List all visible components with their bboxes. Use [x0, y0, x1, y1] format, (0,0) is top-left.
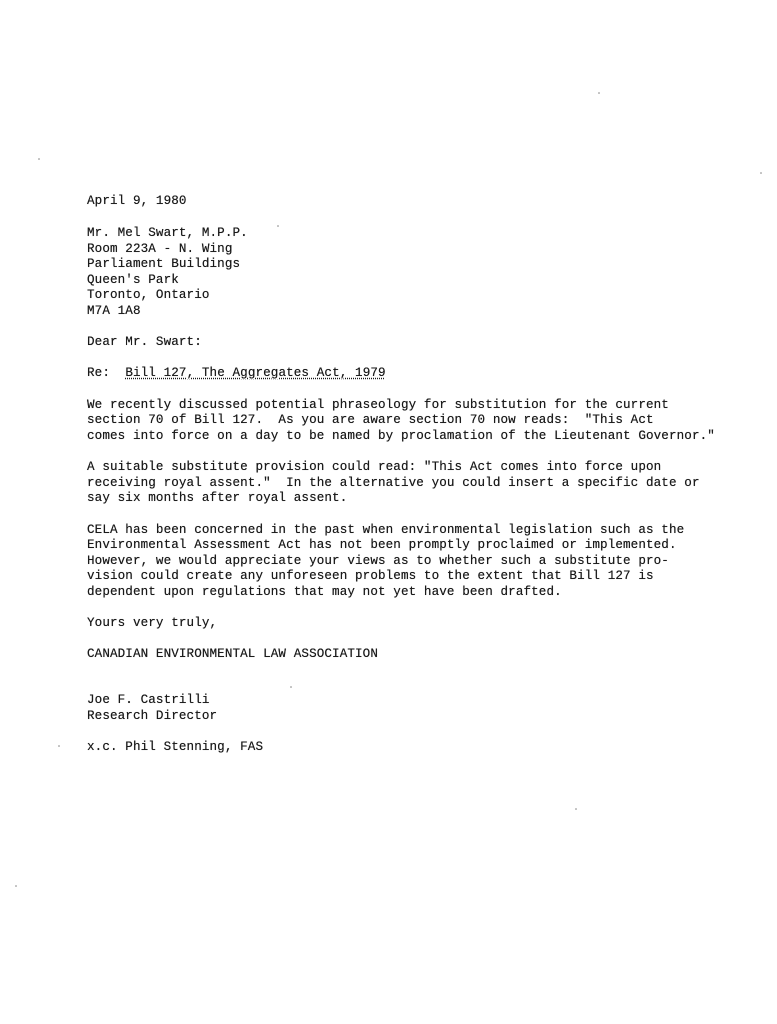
address-line: Room 223A - N. Wing: [87, 242, 233, 258]
address-line: Toronto, Ontario: [87, 288, 210, 304]
paragraph-line: We recently discussed potential phraseol…: [87, 398, 669, 414]
address-line: M7A 1A8: [87, 304, 141, 320]
paragraph-line: CELA has been concerned in the past when…: [87, 523, 684, 539]
carbon-copy: x.c. Phil Stenning, FAS: [87, 740, 263, 756]
address-line: Queen's Park: [87, 273, 179, 289]
paragraph-line: vision could create any unforeseen probl…: [87, 569, 654, 585]
letter-date: April 9, 1980: [87, 194, 187, 210]
subject-line: Re: Bill 127, The Aggregates Act, 1979: [87, 366, 386, 382]
letter-page: April 9, 1980 Mr. Mel Swart, M.P.P. Room…: [0, 0, 777, 1024]
signer-title: Research Director: [87, 709, 217, 725]
paragraph-line: Environmental Assessment Act has not bee…: [87, 538, 677, 554]
signer-name: Joe F. Castrilli: [87, 693, 210, 709]
scan-speck: [598, 92, 600, 94]
paragraph-line: say six months after royal assent.: [87, 491, 347, 507]
closing: Yours very truly,: [87, 616, 217, 632]
scan-speck: [58, 745, 60, 747]
organization-name: CANADIAN ENVIRONMENTAL LAW ASSOCIATION: [87, 647, 378, 663]
paragraph-line: section 70 of Bill 127. As you are aware…: [87, 413, 654, 429]
re-subject: Bill 127, The Aggregates Act, 1979: [125, 366, 385, 380]
paragraph-line: A suitable substitute provision could re…: [87, 460, 661, 476]
scan-speck: [38, 158, 40, 160]
scan-speck: [760, 172, 762, 174]
paragraph-line: dependent upon regulations that may not …: [87, 585, 562, 601]
scan-speck: [290, 686, 292, 688]
scan-speck: [15, 885, 17, 887]
paragraph-line: However, we would appreciate your views …: [87, 554, 669, 570]
paragraph-line: comes into force on a day to be named by…: [87, 429, 715, 445]
salutation: Dear Mr. Swart:: [87, 335, 202, 351]
paragraph-line: receiving royal assent." In the alternat…: [87, 476, 700, 492]
scan-speck: [575, 808, 577, 810]
re-label: Re:: [87, 366, 110, 380]
address-line: Mr. Mel Swart, M.P.P.: [87, 226, 248, 242]
scan-speck: [277, 225, 279, 227]
address-line: Parliament Buildings: [87, 257, 240, 273]
